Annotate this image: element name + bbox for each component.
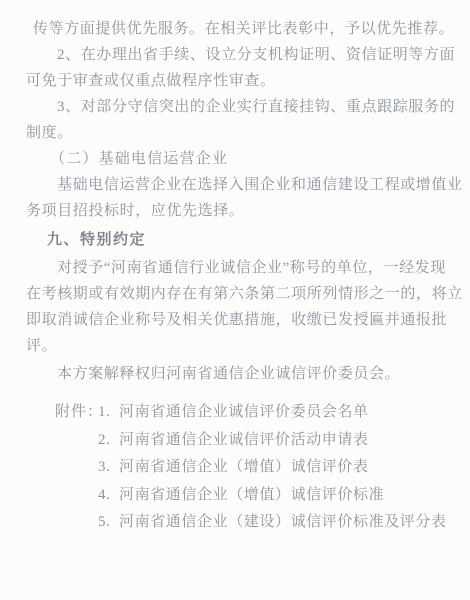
paragraph-line: 2、在办理出省手续、设立分支机构证明、资信证明等方面 — [57, 42, 470, 68]
attachments-list: 附件：1.河南省通信企业诚信评价委员会名单2.河南省通信企业诚信评价活动申请表3… — [0, 399, 470, 537]
attachment-item: 2.河南省通信企业诚信评价活动申请表 — [0, 427, 470, 455]
paragraph-line: 在考核期或有效期内存在有第六条第二项所列情形之一的，将立 — [26, 281, 470, 307]
attachment-item: 5.河南省通信企业（建设）诚信评价标准及评分表 — [0, 509, 470, 537]
attachment-number: 1. — [98, 399, 119, 427]
attachment-title: 河南省通信企业（建设）诚信评价标准及评分表 — [119, 514, 447, 530]
attachment-title: 河南省通信企业诚信评价活动申请表 — [119, 432, 369, 448]
paragraph-line: 可免于审查或仅重点做程序性审查。 — [26, 68, 470, 94]
paragraph-line: 对授予“河南省通信行业诚信企业”称号的单位，一经发现 — [57, 255, 470, 281]
paragraph-line: 制度。 — [26, 120, 470, 146]
paragraph-line: 即取消诚信企业称号及相关优惠措施，收缴已发授匾并通报批 — [26, 307, 470, 333]
attachment-title: 河南省通信企业诚信评价委员会名单 — [119, 404, 369, 420]
heading-line: 九、特别约定 — [47, 227, 470, 253]
paragraph-line: 评。 — [26, 333, 470, 359]
attachment-number: 4. — [98, 482, 119, 510]
attachments-label: 附件： — [55, 399, 98, 427]
paragraph-line: 务项目招投标时，应优先选择。 — [26, 198, 470, 224]
attachment-number: 2. — [98, 427, 119, 455]
paragraph-line: 本方案解释权归河南省通信企业诚信评价委员会。 — [57, 361, 470, 387]
paragraph-line: 传等方面提供优先服务。在相关评比表彰中，予以优先推荐。 — [33, 16, 470, 42]
attachment-item: 3.河南省通信企业（增值）诚信评价表 — [0, 454, 470, 482]
paragraph-line: （二）基础电信运营企业 — [50, 146, 470, 172]
paragraph-line: 基础电信运营企业在选择入围企业和通信建设工程或增值业 — [57, 172, 470, 198]
scanned-document-page: 传等方面提供优先服务。在相关评比表彰中，予以优先推荐。2、在办理出省手续、设立分… — [0, 0, 470, 600]
attachment-item: 附件：1.河南省通信企业诚信评价委员会名单 — [0, 399, 470, 427]
attachment-title: 河南省通信企业（增值）诚信评价表 — [119, 459, 369, 475]
attachment-number: 5. — [98, 509, 119, 537]
attachment-title: 河南省通信企业（增值）诚信评价标准 — [119, 487, 384, 503]
document-body: 传等方面提供优先服务。在相关评比表彰中，予以优先推荐。2、在办理出省手续、设立分… — [0, 0, 470, 387]
attachment-number: 3. — [98, 454, 119, 482]
paragraph-line: 3、对部分守信突出的企业实行直接挂钩、重点跟踪服务的 — [57, 94, 470, 120]
attachment-item: 4.河南省通信企业（增值）诚信评价标准 — [0, 482, 470, 510]
